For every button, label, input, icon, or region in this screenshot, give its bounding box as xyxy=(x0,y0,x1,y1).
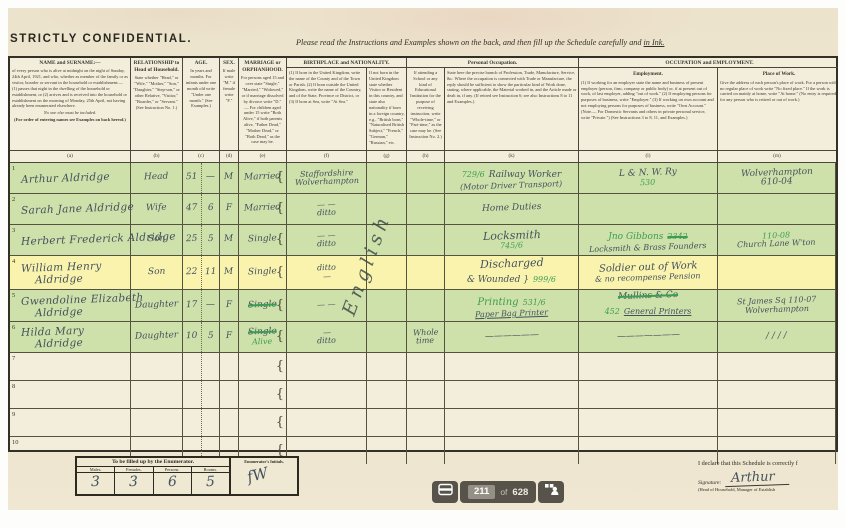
cell-place-of-work: Wolverhampton610-04 xyxy=(718,163,836,193)
sex-column-title: SEX. xyxy=(222,60,236,67)
column-header-employment: Employment. (1) If working for an employ… xyxy=(579,68,718,150)
cell-birthplace: ditto— xyxy=(287,256,367,289)
cell-education xyxy=(407,225,445,255)
instruction-emphasis: in Ink. xyxy=(644,38,665,47)
persons-label: Persons. xyxy=(154,467,191,473)
cell-employment: L & N. W. Ry530 xyxy=(579,163,718,193)
cell-marriage: Married{ xyxy=(239,163,287,193)
cell-marriage: SingleAlive{ xyxy=(239,322,287,352)
cell-sex: F xyxy=(220,194,239,224)
cell-age-months: — xyxy=(202,163,220,193)
marriage-entry: Single xyxy=(248,267,277,277)
occupation-entry: & Wounded } xyxy=(467,275,529,285)
classification-code: 2342 xyxy=(667,232,687,241)
marriage-entry-struck: Single xyxy=(248,300,277,310)
cell xyxy=(131,381,183,408)
table-row-empty: 7 { xyxy=(10,353,836,381)
cell-age-months: 11 xyxy=(202,256,220,289)
rooms-label: Rooms. xyxy=(192,467,229,473)
cell xyxy=(718,381,836,408)
place-entry: Wolverhampton xyxy=(744,304,808,315)
person-index-icon xyxy=(544,483,559,501)
cell xyxy=(131,409,183,436)
cell-name: 4William HenryAldridge xyxy=(10,256,131,289)
cell-place-of-work: / / / / xyxy=(718,322,836,352)
signature-handwriting: Arthur xyxy=(725,469,789,487)
film-strip-icon xyxy=(438,483,453,501)
education-column-body: If attending a School or any kind of Edu… xyxy=(407,68,445,150)
sex-entry: F xyxy=(226,204,233,214)
cell-sex: M xyxy=(220,256,239,289)
males-value: 3 xyxy=(91,475,100,489)
employment-entry: ——————— xyxy=(616,331,679,343)
marriage-entry-green: Alive xyxy=(252,337,272,346)
cell xyxy=(202,353,220,380)
marriage-column-body: For persons aged 15 and over state "Sing… xyxy=(241,75,284,145)
cell-name: 9 xyxy=(10,409,131,436)
table-row-empty: 8 { xyxy=(10,381,836,409)
cell-employment: Soldier out of Work& no recompense Pensi… xyxy=(579,256,718,289)
cell xyxy=(579,409,718,436)
cell-name: 6Hilda MaryAldridge xyxy=(10,322,131,352)
column-header-name: NAME and SURNAME:— of every person who i… xyxy=(10,58,131,150)
name-column-note: No one else must be included. xyxy=(12,110,128,116)
cell-place-of-work xyxy=(718,194,836,224)
cell xyxy=(407,409,445,436)
name-column-body: of every person who is alive at midnight… xyxy=(12,68,128,109)
cell-sex: F xyxy=(220,322,239,352)
column-header-marriage: MARRIAGE or ORPHANHOOD. For persons aged… xyxy=(239,58,287,150)
page-of-label: of xyxy=(500,487,507,497)
cell-name: 1Arthur Aldridge xyxy=(10,163,131,193)
occupation-entry: Paper Bag Printer xyxy=(475,308,548,319)
sex-entry: M xyxy=(224,235,234,245)
row-number: 4 xyxy=(12,258,15,265)
cell-relationship: Son xyxy=(131,256,183,289)
age-months-entry: 6 xyxy=(207,204,213,214)
age-years-entry: 10 xyxy=(186,332,198,342)
cell: { xyxy=(239,381,287,408)
cell xyxy=(445,381,579,408)
cell xyxy=(131,353,183,380)
cell xyxy=(183,381,202,408)
cell xyxy=(407,381,445,408)
column-group-occupation-employment: OCCUPATION and EMPLOYMENT. Employment. (… xyxy=(579,58,838,150)
name-entry: Aldridge xyxy=(21,335,130,351)
enumerator-box: To be filled up by the Enumerator. Males… xyxy=(75,456,299,496)
page-total: 628 xyxy=(512,487,528,498)
cell xyxy=(287,381,367,408)
row-number: 1 xyxy=(12,165,15,172)
signature-label: Signature: xyxy=(698,480,721,486)
cell xyxy=(287,409,367,436)
cell-relationship: Head xyxy=(131,163,183,193)
classification-code: 531/6 xyxy=(523,298,546,307)
cell xyxy=(718,409,836,436)
page-navigation: 211 of 628 xyxy=(460,481,536,503)
column-letter: (e) xyxy=(239,151,287,162)
cell-sex: F xyxy=(220,290,239,321)
cell xyxy=(287,437,367,464)
cell xyxy=(579,381,718,408)
birthplace-entry: — — xyxy=(317,301,336,310)
row-number: 7 xyxy=(12,355,15,362)
row-number: 8 xyxy=(12,383,15,390)
declaration-block: I declare that this Schedule is correctl… xyxy=(698,460,838,492)
cell-education xyxy=(407,163,445,193)
birthplace-entry: — xyxy=(322,272,330,281)
sex-entry: M xyxy=(224,173,234,183)
cell-place-of-work: St James Sq 110-07Wolverhampton xyxy=(718,290,836,321)
cell-birthplace: — —ditto xyxy=(287,225,367,255)
cell-age-years: 47 xyxy=(183,194,202,224)
cell-birthplace: — — xyxy=(287,290,367,321)
males-label: Males. xyxy=(77,467,114,473)
table-row-highlighted: 4William HenryAldridge Son 22 11 M Singl… xyxy=(10,256,836,290)
relationship-entry: Son xyxy=(148,267,166,277)
cell-relationship: Daughter xyxy=(131,322,183,352)
cell-age-years: 25 xyxy=(183,225,202,255)
census-table: NAME and SURNAME:— of every person who i… xyxy=(8,56,838,452)
column-letter: (d) xyxy=(220,151,239,162)
name-entry: Sarah Jane Aldridge xyxy=(21,201,130,217)
name-entry: Arthur Aldridge xyxy=(21,170,130,186)
cell xyxy=(445,409,579,436)
column-letter: (g) xyxy=(367,151,407,162)
cell-relationship: Son xyxy=(131,225,183,255)
instruction-text: Please read the Instructions and Example… xyxy=(296,38,644,47)
thumbnail-view-button[interactable] xyxy=(432,481,458,503)
cell-age-months: — xyxy=(202,290,220,321)
printed-brace: { xyxy=(276,299,284,313)
census-schedule-scan: STRICTLY CONFIDENTIAL. Please read the I… xyxy=(8,8,838,510)
employment-column-body: (1) If working for an employer state the… xyxy=(581,80,715,121)
age-months-entry: 5 xyxy=(207,332,213,342)
enumerator-col-rooms: Rooms.5 xyxy=(192,467,229,494)
occupation-entry-green: Printing xyxy=(477,297,518,308)
place-entry: 610-04 xyxy=(761,177,793,188)
classification-code: 745/6 xyxy=(500,241,523,250)
cell-employment: Jno Gibbons 2342Locksmith & Brass Founde… xyxy=(579,225,718,255)
cell-education xyxy=(407,290,445,321)
enumerator-initials: fW xyxy=(245,464,270,487)
cell xyxy=(579,353,718,380)
cell-birthplace: — —ditto xyxy=(287,194,367,224)
cell-nationality xyxy=(367,194,407,224)
age-years-entry: 22 xyxy=(186,268,198,278)
cell-occupation: Discharged& Wounded } 999/6 xyxy=(445,256,579,289)
name-column-title: NAME and SURNAME:— xyxy=(12,60,128,67)
enumerator-box-title: To be filled up by the Enumerator. xyxy=(77,458,229,467)
cell-birthplace: —ditto xyxy=(287,322,367,352)
cell-occupation: Home Duties xyxy=(445,194,579,224)
row-number: 3 xyxy=(12,227,15,234)
cell-name: 3Herbert Frederick Aldridge xyxy=(10,225,131,255)
enumerator-initials-box: Enumerator's Initials. fW xyxy=(231,458,297,494)
classification-code: 999/6 xyxy=(533,275,556,284)
cell-age-years: 17 xyxy=(183,290,202,321)
age-years-entry: 51 xyxy=(186,173,198,183)
occupation-column-body: State here the precise branch of Profess… xyxy=(445,68,579,150)
birthplace-entry: Wolverhampton xyxy=(294,177,358,188)
cell xyxy=(445,353,579,380)
cell xyxy=(220,381,239,408)
occupation-entry: (Motor Driver Transport) xyxy=(460,180,562,192)
enumerator-col-persons: Persons.6 xyxy=(154,467,192,494)
page-number-input[interactable]: 211 xyxy=(468,485,495,498)
column-letter: (a) xyxy=(10,151,131,162)
printed-brace: { xyxy=(276,416,284,430)
relationship-entry: Daughter xyxy=(135,300,178,311)
enumerator-col-females: Females.3 xyxy=(115,467,153,494)
cell-nationality xyxy=(367,163,407,193)
age-months-entry: — xyxy=(206,301,215,311)
marriage-column-title: MARRIAGE or ORPHANHOOD. xyxy=(241,60,284,74)
column-header-place-of-work: Place of Work. Give the address of each … xyxy=(718,68,838,150)
education-entry: time xyxy=(416,337,434,346)
cell xyxy=(183,353,202,380)
column-letters-row: (a) (b) (c) (d) (e) (f) (g) (h) (k) (l) … xyxy=(10,151,836,163)
marriage-entry: Single xyxy=(248,235,277,245)
cell-occupation: Printing 531/6Paper Bag Printer xyxy=(445,290,579,321)
sex-entry: M xyxy=(224,268,234,278)
cell-nationality xyxy=(367,290,407,321)
cell xyxy=(367,353,407,380)
cell-marriage: Married{ xyxy=(239,194,287,224)
cell xyxy=(367,437,407,464)
printed-brace: { xyxy=(276,202,284,216)
name-column-note2: (For order of entering names see Example… xyxy=(12,117,128,123)
cell-marriage: Single{ xyxy=(239,290,287,321)
occupation-entry: Discharged xyxy=(479,257,543,271)
cell-age-years: 51 xyxy=(183,163,202,193)
cell-age-months: 5 xyxy=(202,225,220,255)
sex-entry: F xyxy=(226,301,233,311)
age-years-entry: 17 xyxy=(186,301,198,311)
cell-sex: M xyxy=(220,163,239,193)
cell-name: 5Gwendoline ElizabethAldridge xyxy=(10,290,131,321)
row-number: 2 xyxy=(12,196,15,203)
age-years-entry: 25 xyxy=(186,235,198,245)
cell-place-of-work: 110-08Church Lane W'ton xyxy=(718,225,836,255)
cell-name: 8 xyxy=(10,381,131,408)
cell-age-months: 5 xyxy=(202,322,220,352)
employment-column-title: Employment. xyxy=(581,71,715,78)
printed-brace: { xyxy=(276,360,284,374)
cell xyxy=(287,353,367,380)
declaration-text: I declare that this Schedule is correctl… xyxy=(698,460,838,467)
table-row: 2Sarah Jane Aldridge Wife 47 6 F Married… xyxy=(10,194,836,225)
age-years-entry: 47 xyxy=(186,204,198,214)
column-group-personal-occupation: Personal Occupation. If attending a Scho… xyxy=(407,58,579,150)
cell-nationality xyxy=(367,322,407,352)
cell xyxy=(407,353,445,380)
cell-occupation: —————— xyxy=(445,322,579,352)
cell: { xyxy=(239,353,287,380)
table-row: 3Herbert Frederick Aldridge Son 25 5 M S… xyxy=(10,225,836,256)
cell-nationality xyxy=(367,256,407,289)
rooms-value: 5 xyxy=(206,475,215,489)
printed-brace: { xyxy=(276,171,284,185)
cell-employment: ——————— xyxy=(579,322,718,352)
birthplace-entry: ditto xyxy=(317,337,336,346)
table-row: 6Hilda MaryAldridge Daughter 10 5 F Sing… xyxy=(10,322,836,353)
cell xyxy=(220,409,239,436)
cell xyxy=(367,409,407,436)
cell-name: 7 xyxy=(10,353,131,380)
age-months-entry: 11 xyxy=(205,268,217,278)
relationship-column-body: State whether "Head," or "Wife," "Mother… xyxy=(133,75,180,110)
cell-employment xyxy=(579,194,718,224)
cell xyxy=(183,409,202,436)
birthplace-group-title: BIRTHPLACE and NATIONALITY. xyxy=(287,58,406,68)
sex-entry: F xyxy=(226,332,233,342)
image-viewer-toolbar: 211 of 628 xyxy=(432,481,564,503)
column-letter: (l) xyxy=(579,151,718,162)
declaration-subtext: (Head of Household, Manager of Establish xyxy=(698,487,838,492)
cell xyxy=(718,353,836,380)
relationship-entry: Daughter xyxy=(135,332,178,343)
cell-marriage: Single{ xyxy=(239,225,287,255)
cell-relationship: Daughter xyxy=(131,290,183,321)
employment-entry: General Printers xyxy=(624,307,692,316)
column-letter: (m) xyxy=(718,151,836,162)
cell xyxy=(445,437,579,464)
employment-group-title: OCCUPATION and EMPLOYMENT. xyxy=(579,58,838,68)
cell xyxy=(367,381,407,408)
age-column-body: In years and months. For infants under o… xyxy=(185,68,217,109)
record-index-button[interactable] xyxy=(538,481,564,503)
cell-education xyxy=(407,256,445,289)
table-row: 5Gwendoline ElizabethAldridge Daughter 1… xyxy=(10,290,836,322)
enumerator-col-males: Males.3 xyxy=(77,467,115,494)
cell-relationship: Wife xyxy=(131,194,183,224)
females-label: Females. xyxy=(115,467,152,473)
confidential-heading: STRICTLY CONFIDENTIAL. xyxy=(10,33,192,45)
column-letter: (h) xyxy=(407,151,445,162)
cell-occupation: Locksmith745/6 xyxy=(445,225,579,255)
cell-education: Wholetime xyxy=(407,322,445,352)
age-months-entry: 5 xyxy=(207,235,213,245)
classification-code: 452 xyxy=(605,307,620,316)
occupation-entry: —————— xyxy=(484,331,538,342)
cell xyxy=(220,353,239,380)
row-number: 6 xyxy=(12,324,15,331)
sex-column-body: If male write "M." if female write "F." xyxy=(222,68,236,103)
occupation-entry: Home Duties xyxy=(482,203,542,215)
relationship-entry: Head xyxy=(144,173,169,183)
place-column-body: Give the address of each person's place … xyxy=(720,80,838,103)
place-column-title: Place of Work. xyxy=(720,71,838,78)
cell-name: 2Sarah Jane Aldridge xyxy=(10,194,131,224)
birthplace-entry: ditto xyxy=(317,240,336,249)
column-letter: (c) xyxy=(183,151,220,162)
cell-place-of-work xyxy=(718,256,836,289)
cell-marriage: Single{ xyxy=(239,256,287,289)
column-letter: (b) xyxy=(131,151,183,162)
cell-occupation: 729/6 Railway Worker(Motor Driver Transp… xyxy=(445,163,579,193)
cell-employment: Mullins & Co452 General Printers xyxy=(579,290,718,321)
column-letter: (k) xyxy=(445,151,579,162)
column-group-birthplace: BIRTHPLACE and NATIONALITY. (1) If born … xyxy=(287,58,407,150)
employment-entry: Locksmith & Brass Founders xyxy=(589,242,707,254)
printed-brace: { xyxy=(276,330,284,344)
occupation-group-title: Personal Occupation. xyxy=(407,58,578,68)
column-letter: (f) xyxy=(287,151,367,162)
classification-code: 530 xyxy=(640,178,656,187)
place-entry: Church Lane W'ton xyxy=(737,239,816,250)
table-row-empty: 9 { xyxy=(10,409,836,437)
row-number: 9 xyxy=(12,411,15,418)
column-header-age: AGE. In years and months. For infants un… xyxy=(183,58,220,150)
cell xyxy=(202,409,220,436)
relationship-entry: Son xyxy=(148,235,166,245)
row-number: 5 xyxy=(12,292,15,299)
place-entry: / / / / xyxy=(766,332,787,342)
relationship-column-title: RELATIONSHIP to Head of Household. xyxy=(133,60,180,74)
instruction-line: Please read the Instructions and Example… xyxy=(296,38,664,47)
cell: { xyxy=(239,409,287,436)
nationality-column-body: If not born in the United Kingdom state … xyxy=(367,68,407,150)
persons-value: 6 xyxy=(167,475,176,489)
cell-age-years: 22 xyxy=(183,256,202,289)
printed-brace: { xyxy=(276,233,284,247)
enumerator-totals: To be filled up by the Enumerator. Males… xyxy=(77,458,231,494)
cell-age-years: 10 xyxy=(183,322,202,352)
cell-nationality xyxy=(367,225,407,255)
cell-sex: M xyxy=(220,225,239,255)
table-header: NAME and SURNAME:— of every person who i… xyxy=(10,58,836,151)
row-number: 10 xyxy=(12,439,19,446)
printed-brace: { xyxy=(276,388,284,402)
column-header-relationship: RELATIONSHIP to Head of Household. State… xyxy=(131,58,183,150)
birthplace-column-body: (1) If born in the United Kingdom, write… xyxy=(287,68,367,150)
cell-birthplace: StaffordshireWolverhampton xyxy=(287,163,367,193)
cell xyxy=(407,437,445,464)
cell-education xyxy=(407,194,445,224)
relationship-entry: Wife xyxy=(146,204,167,214)
cell-age-months: 6 xyxy=(202,194,220,224)
employment-entry: Jno Gibbons xyxy=(608,232,663,242)
birthplace-entry: ditto xyxy=(317,209,336,218)
column-header-sex: SEX. If male write "M." if female write … xyxy=(220,58,239,150)
classification-code: 729/6 xyxy=(462,170,485,179)
age-months-entry: — xyxy=(206,173,215,183)
cell xyxy=(202,381,220,408)
females-value: 3 xyxy=(129,475,138,489)
table-row: 1Arthur Aldridge Head 51 — M Married{ St… xyxy=(10,163,836,194)
employment-entry: & no recompense Pension xyxy=(595,272,701,284)
age-column-title: AGE. xyxy=(185,60,217,67)
printed-brace: { xyxy=(276,266,284,280)
name-entry: Herbert Frederick Aldridge xyxy=(21,232,130,248)
